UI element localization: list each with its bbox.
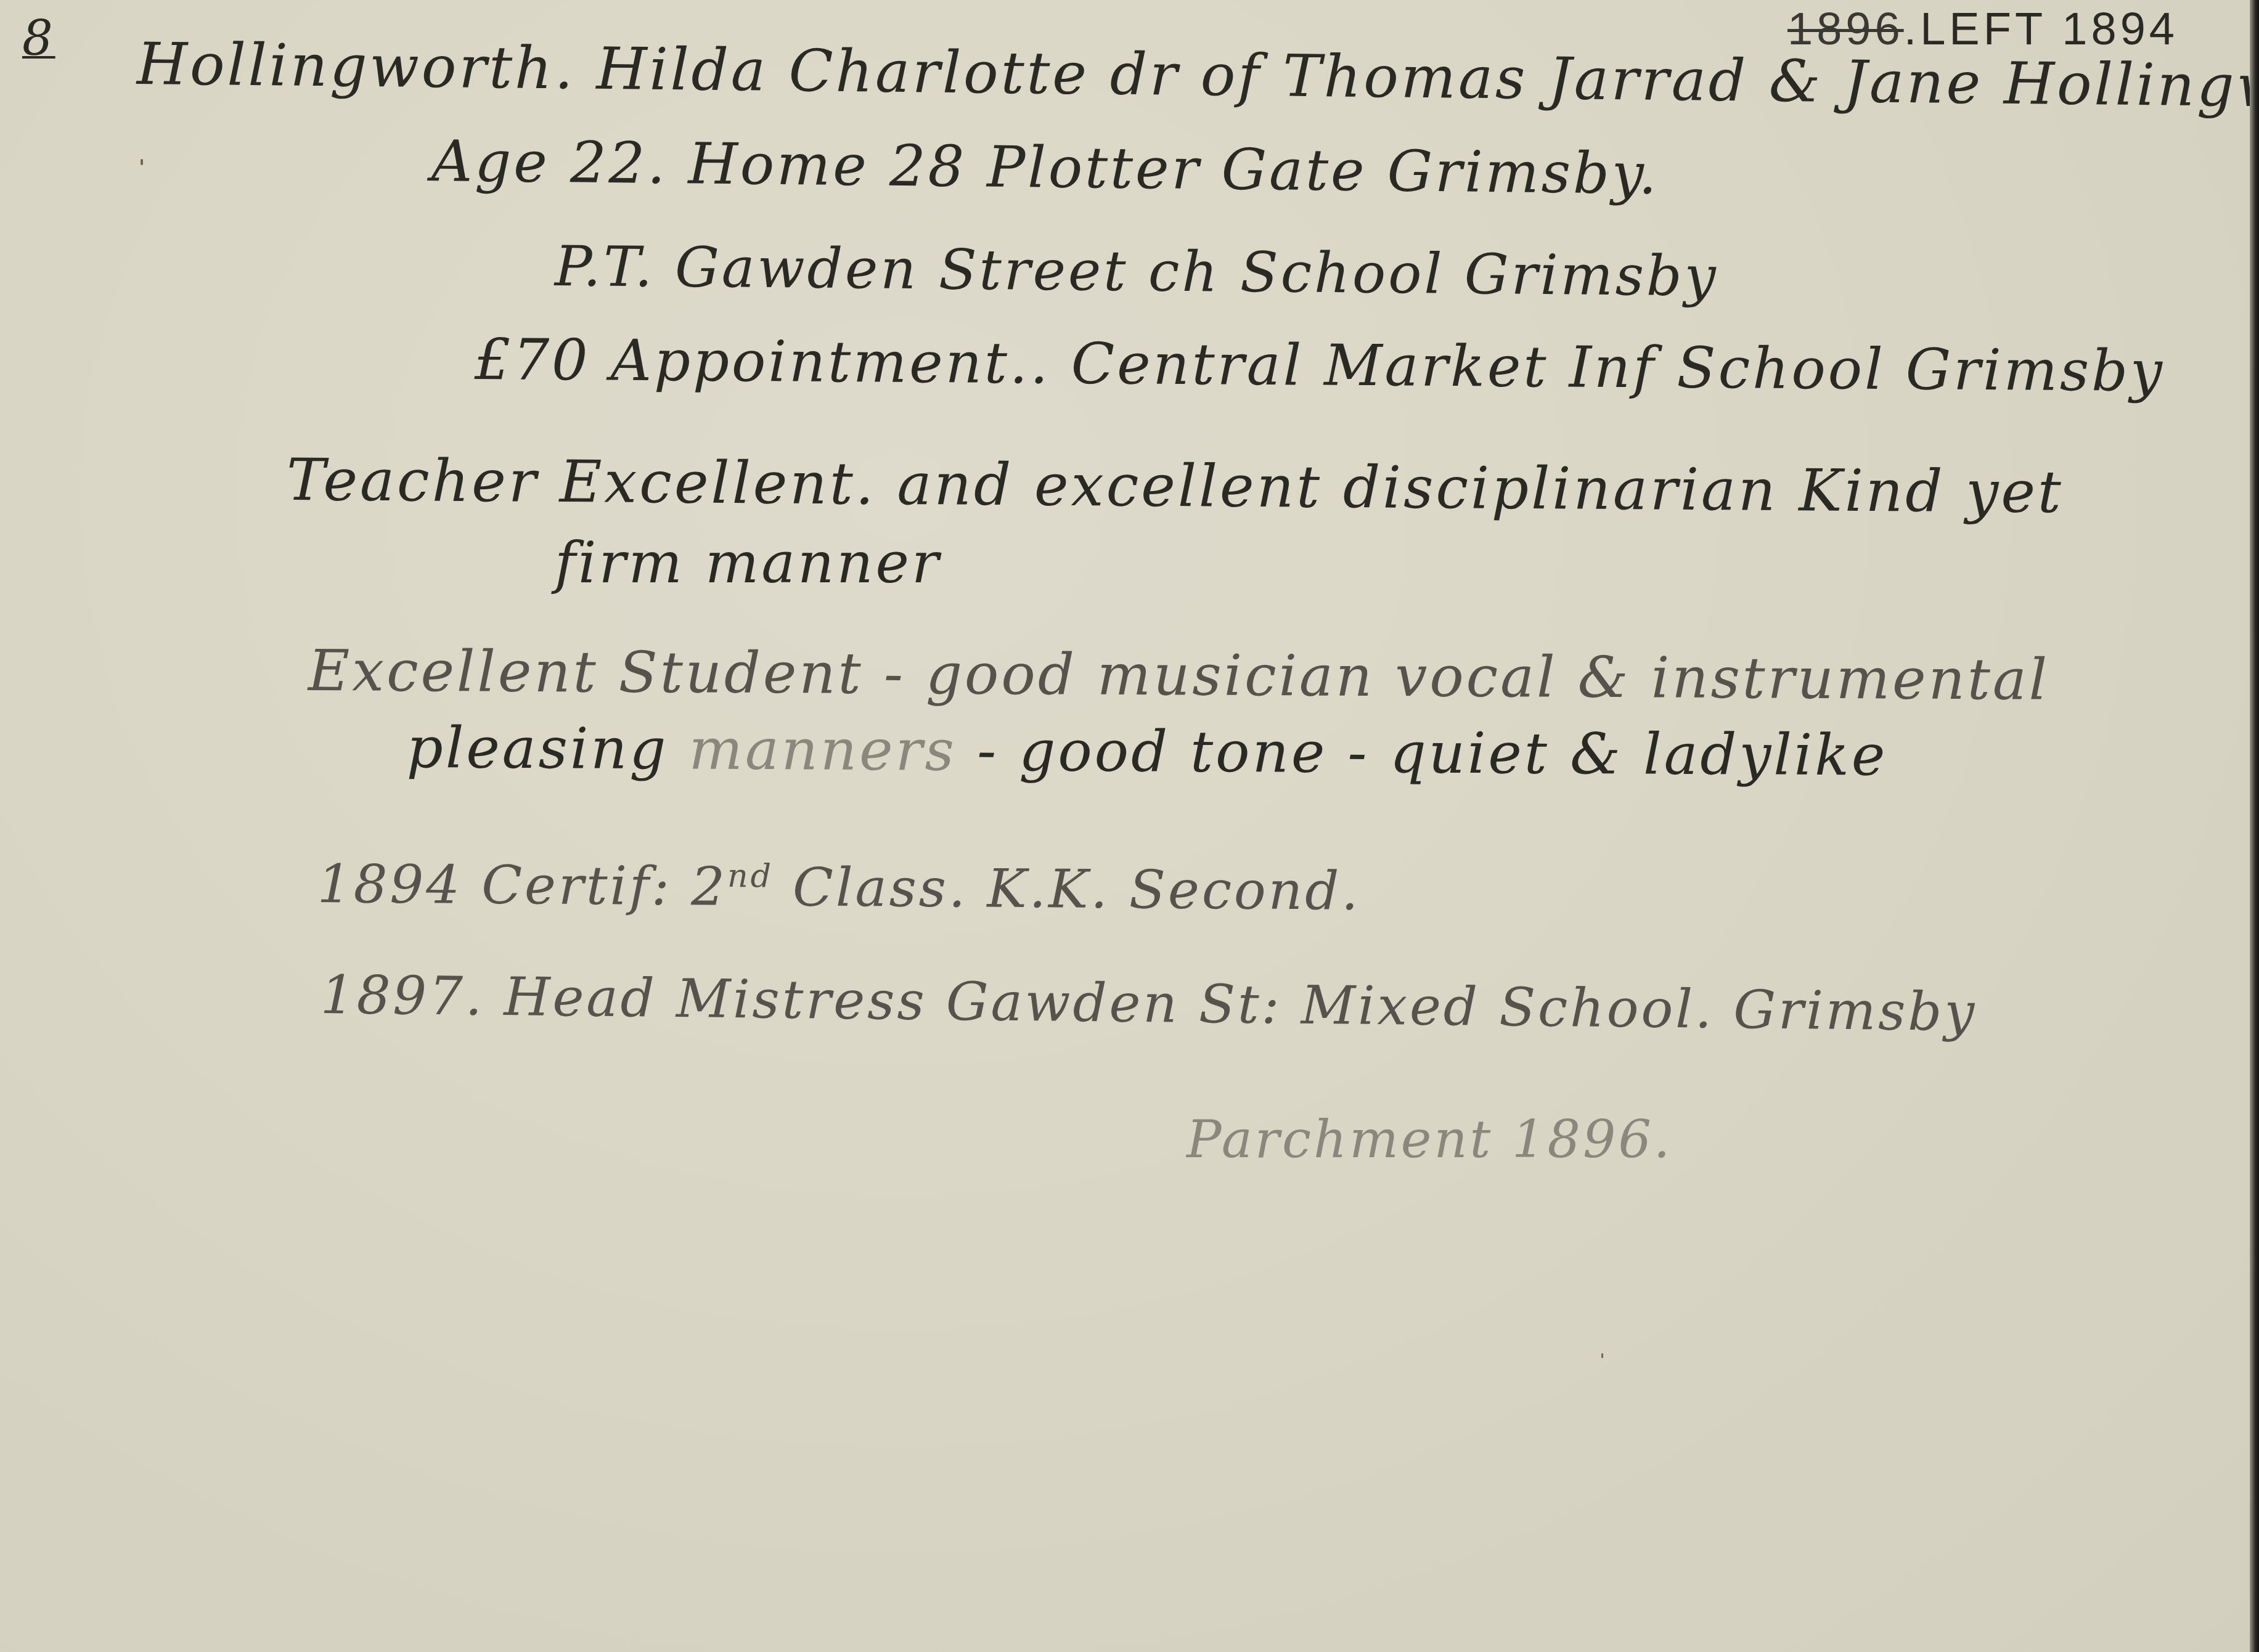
ink-dot	[141, 159, 143, 165]
certificate-after: Class. K.K. Second.	[773, 857, 1361, 922]
entry-number: 8	[22, 11, 55, 67]
certificate-before: 1894 Certif: 2	[317, 853, 728, 918]
head-mistress-line: 1897. Head Mistress Gawden St: Mixed Sch…	[320, 964, 1977, 1043]
parchment-line: Parchment 1896.	[1187, 1109, 1673, 1170]
faint-word-manners: manners	[688, 716, 957, 783]
student-report-after: - good tone - quiet & ladylike	[957, 718, 1888, 789]
age-and-home-line: Age 22. Home 28 Plotter Gate Grimsby.	[431, 128, 1659, 207]
teacher-report-line: Teacher Excellent. and excellent discipl…	[287, 447, 2064, 526]
register-page: 8 1896.LEFT 1894 Hollingworth. Hilda Cha…	[0, 0, 2250, 1652]
pupil-teacher-line: P.T. Gawden Street ch School Grimsby	[555, 234, 1718, 309]
teacher-report-continuation: firm manner	[555, 530, 941, 596]
page-edge	[2250, 0, 2259, 1652]
appointment-line: £70 Appointment.. Central Market Inf Sch…	[475, 327, 2165, 404]
student-report-continuation: pleasing manners - good tone - quiet & l…	[407, 715, 1888, 789]
student-report-line: Excellent Student - good musician vocal …	[308, 638, 2050, 713]
struck-year: 1896	[1787, 3, 1904, 54]
ink-speck	[1601, 1353, 1603, 1358]
certificate-line: 1894 Certif: 2nd Class. K.K. Second.	[317, 853, 1361, 922]
student-report-before: pleasing	[407, 715, 689, 782]
left-year: 1894	[2062, 3, 2178, 54]
left-label: .LEFT	[1904, 3, 2046, 54]
certificate-superscript: nd	[727, 858, 774, 895]
left-date-annotation: 1896.LEFT 1894	[1787, 2, 2178, 55]
